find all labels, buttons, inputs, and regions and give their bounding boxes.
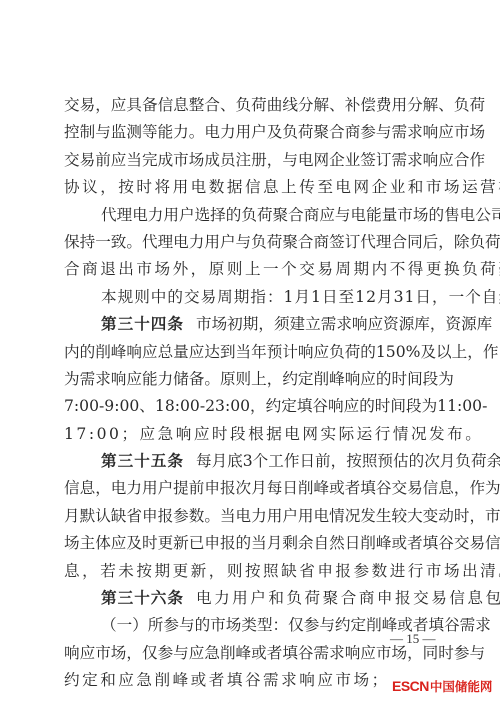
text-line: 代理电力用户选择的负荷聚合商应与电能量市场的售电公司 [64, 202, 434, 229]
text-line: 协议，按时将用电数据信息上传至电网企业和市场运营机构。 [64, 174, 434, 201]
text-line: 17:00；应急响应时段根据电网实际运行情况发布。 [64, 421, 434, 448]
page-number: — 15 — [390, 631, 436, 647]
article-title: 第三十四条 [101, 315, 184, 333]
text-line: 信息，电力用户提前申报次月每日削峰或者填谷交易信息，作为次 [64, 475, 434, 502]
text-line: 本规则中的交易周期指：1月1日至12月31日，一个自然年。 [64, 284, 434, 311]
escn-watermark-logo: ESCN中国储能网 [392, 677, 492, 695]
text-line: 约定和应急削峰或者填谷需求响应市场； [64, 667, 434, 694]
text-line: 保持一致。代理电力用户与负荷聚合商签订代理合同后，除负荷聚 [64, 229, 434, 256]
text-line: （一）所参与的市场类型：仅参与约定削峰或者填谷需求 [64, 612, 434, 639]
text-line: 7:00-9:00、18:00-23:00，约定填谷响应的时间段为11:00- [64, 393, 434, 420]
text-line: 交易，应具备信息整合、负荷曲线分解、补偿费用分解、负荷 [64, 92, 434, 119]
article-title: 第三十六条 [101, 589, 184, 607]
article-35-line: 第三十五条每月底3个工作日前，按照预估的次月负荷余缺 [64, 448, 434, 475]
text-line: 响应市场，仅参与应急削峰或者填谷需求响应市场，同时参与 [64, 640, 434, 667]
text-span: 每月底3个工作日前，按照预估的次月负荷余缺 [196, 452, 500, 470]
text-line: 内的削峰响应总量应达到当年预计响应负荷的150%及以上，作 [64, 339, 434, 366]
text-line: 为需求响应能力储备。原则上，约定削峰响应的时间段为 [64, 366, 434, 393]
article-36-line: 第三十六条电力用户和负荷聚合商申报交易信息包括： [64, 585, 434, 612]
watermark-chinese: 中国储能网 [430, 680, 493, 694]
text-span: 市场初期，须建立需求响应资源库，资源库 [196, 315, 492, 333]
text-line: 息，若未按期更新，则按照缺省申报参数进行市场出清。 [64, 558, 434, 585]
text-line: 月默认缺省申报参数。当电力用户用电情况发生较大变动时，市 [64, 503, 434, 530]
text-line: 合商退出市场外，原则上一个交易周期内不得更换负荷聚合商。 [64, 256, 434, 283]
text-line: 控制与监测等能力。电力用户及负荷聚合商参与需求响应市场 [64, 119, 434, 146]
text-line: 交易前应当完成市场成员注册，与电网企业签订需求响应合作 [64, 147, 434, 174]
watermark-latin: ESCN [392, 678, 429, 694]
text-line: 场主体应及时更新已申报的当月剩余自然日削峰或者填谷交易信 [64, 530, 434, 557]
text-span: 电力用户和负荷聚合商申报交易信息包括： [196, 589, 500, 607]
article-34-line: 第三十四条市场初期，须建立需求响应资源库，资源库 [64, 311, 434, 338]
document-page: 交易，应具备信息整合、负荷曲线分解、补偿费用分解、负荷 控制与监测等能力。电力用… [64, 92, 434, 695]
article-title: 第三十五条 [101, 452, 184, 470]
